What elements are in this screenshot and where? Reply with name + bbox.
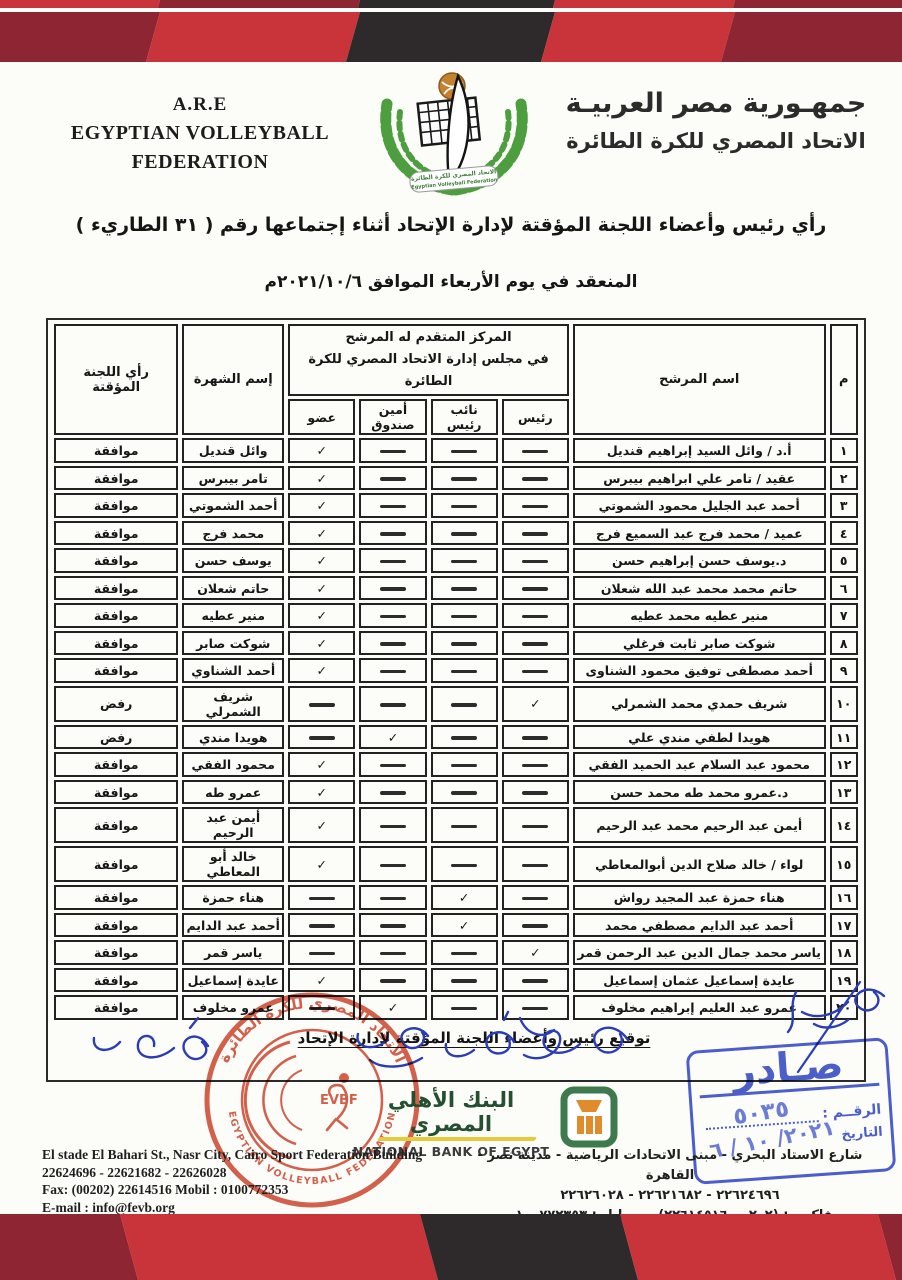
header-committee-opinion: رأي اللجنة المؤقتة xyxy=(54,324,178,435)
cell-position-dash xyxy=(502,752,569,777)
cell-number: ٣ xyxy=(830,493,859,518)
cell-committee-opinion: موافقة xyxy=(54,780,178,805)
document-date-line: المنعقد في يوم الأربعاء الموافق ٢٠٢١/١٠/… xyxy=(0,272,902,292)
banner-bottom-darkred-left xyxy=(0,1214,138,1280)
cell-number: ٥ xyxy=(830,548,859,573)
cell-position-check: ✓ xyxy=(288,576,355,601)
cell-position-dash xyxy=(359,940,426,965)
cell-position-dash xyxy=(359,752,426,777)
cell-position-check: ✓ xyxy=(359,725,426,750)
dash-mark xyxy=(380,703,406,707)
dash-mark xyxy=(522,615,548,619)
cell-candidate-name: أحمد عبد الدايم مصطفي محمد xyxy=(573,913,826,938)
issued-word: صـادر xyxy=(697,1041,880,1098)
cell-position-dash xyxy=(502,548,569,573)
bank-icon xyxy=(560,1086,618,1148)
cell-position-dash xyxy=(359,493,426,518)
cell-candidate-name: منير عطيه محمد عطيه xyxy=(573,603,826,628)
table-row: ١٦هناء حمزة عبد المجيد رواش✓هناء حمزةموا… xyxy=(54,885,858,910)
dash-mark xyxy=(451,703,477,707)
cell-position-check: ✓ xyxy=(502,686,569,722)
dash-mark xyxy=(451,764,477,768)
cell-number: ١٩ xyxy=(830,968,859,993)
header-position-line2: في مجلس إدارة الاتحاد المصري للكرة الطائ… xyxy=(292,349,565,393)
cell-committee-opinion: موافقة xyxy=(54,940,178,965)
dash-mark xyxy=(451,791,477,795)
cell-position-check: ✓ xyxy=(288,780,355,805)
scanned-document-page: A.R.E EGYPTIAN VOLLEYBALL FEDERATION الا… xyxy=(0,0,902,1280)
cell-known-name: أيمن عبد الرحيم xyxy=(182,807,284,843)
cell-candidate-name: عميد / محمد فرج عبد السميع فرج xyxy=(573,521,826,546)
cell-committee-opinion: موافقة xyxy=(54,968,178,993)
cell-position-dash xyxy=(288,940,355,965)
bank-icon-bar3 xyxy=(595,1116,602,1134)
cell-committee-opinion: موافقة xyxy=(54,631,178,656)
dash-mark xyxy=(380,505,406,509)
cell-position-check: ✓ xyxy=(502,940,569,965)
flag-strip-top xyxy=(0,0,902,8)
cell-candidate-name: شوكت صابر ثابت فرغلي xyxy=(573,631,826,656)
cell-position-dash xyxy=(288,913,355,938)
table-row: ١أ.د / وائل السيد إبراهيم قنديل✓وائل قند… xyxy=(54,438,858,463)
cell-position-dash xyxy=(502,466,569,491)
table-row: ٥د.يوسف حسن إبراهيم حسن✓يوسف حسنموافقة xyxy=(54,548,858,573)
cell-number: ١٦ xyxy=(830,885,859,910)
dash-mark xyxy=(380,764,406,768)
cell-number: ٦ xyxy=(830,576,859,601)
dash-mark xyxy=(522,864,548,868)
table-header: م اسم المرشح المركز المتقدم له المرشح في… xyxy=(54,324,858,435)
address-en-line2: 22624696 - 22621682 - 22626028 xyxy=(42,1164,472,1182)
dash-mark xyxy=(522,670,548,674)
cell-position-dash xyxy=(359,885,426,910)
cell-known-name: محمد فرج xyxy=(182,521,284,546)
dash-mark xyxy=(522,477,548,481)
cell-committee-opinion: موافقة xyxy=(54,885,178,910)
cell-position-check: ✓ xyxy=(288,846,355,882)
cell-number: ١٠ xyxy=(830,686,859,722)
dash-mark xyxy=(451,560,477,564)
dash-mark xyxy=(451,642,477,646)
cell-committee-opinion: موافقة xyxy=(54,807,178,843)
strip-red-left xyxy=(0,0,160,8)
banner-red-left xyxy=(146,12,360,62)
dash-mark xyxy=(522,979,548,983)
dash-mark xyxy=(380,670,406,674)
cell-committee-opinion: موافقة xyxy=(54,846,178,882)
cell-position-dash xyxy=(359,686,426,722)
dash-mark xyxy=(522,791,548,795)
letterhead-english: A.R.E EGYPTIAN VOLLEYBALL FEDERATION xyxy=(52,94,348,174)
header-known-name: إسم الشهرة xyxy=(182,324,284,435)
banner-bottom-red-right xyxy=(620,1214,896,1280)
cell-position-dash xyxy=(431,940,498,965)
cell-position-check: ✓ xyxy=(288,521,355,546)
address-en-line1: El stade El Bahari St., Nasr City, Cairo… xyxy=(42,1146,472,1164)
cell-position-dash xyxy=(359,631,426,656)
cell-known-name: أحمد عبد الدايم xyxy=(182,913,284,938)
cell-candidate-name: عمرو عبد العليم إبراهيم مخلوف xyxy=(573,995,826,1020)
cell-number: ٢٠ xyxy=(830,995,859,1020)
cell-candidate-name: أ.د / وائل السيد إبراهيم قنديل xyxy=(573,438,826,463)
cell-position-dash xyxy=(431,603,498,628)
dash-mark xyxy=(522,825,548,829)
cell-candidate-name: أحمد مصطفى توفيق محمود الشناوى xyxy=(573,658,826,683)
cell-position-dash xyxy=(502,438,569,463)
cell-number: ١٥ xyxy=(830,846,859,882)
banner-bottom-red-left xyxy=(120,1214,438,1280)
cell-number: ٧ xyxy=(830,603,859,628)
cell-position-check: ✓ xyxy=(288,548,355,573)
cell-position-dash xyxy=(502,807,569,843)
header-position-merged: المركز المتقدم له المرشح في مجلس إدارة ا… xyxy=(288,324,569,396)
cell-number: ١ xyxy=(830,438,859,463)
table-row: ١٠شريف حمدي محمد الشمرلي✓شريف الشمرليرفض xyxy=(54,686,858,722)
dash-mark xyxy=(522,642,548,646)
cell-position-dash xyxy=(431,725,498,750)
cell-position-check: ✓ xyxy=(288,631,355,656)
dash-mark xyxy=(522,736,548,740)
cell-number: ٤ xyxy=(830,521,859,546)
strip-darkred-right xyxy=(733,0,902,8)
dash-mark xyxy=(522,897,548,901)
table-row: ٦حاتم محمد محمد عبد الله شعلان✓حاتم شعلا… xyxy=(54,576,858,601)
dash-mark xyxy=(451,864,477,868)
cell-committee-opinion: رفض xyxy=(54,686,178,722)
stamp-arc-1 xyxy=(245,1042,290,1158)
cell-candidate-name: حاتم محمد محمد عبد الله شعلان xyxy=(573,576,826,601)
cell-candidate-name: شريف حمدي محمد الشمرلي xyxy=(573,686,826,722)
cell-committee-opinion: موافقة xyxy=(54,521,178,546)
dash-mark xyxy=(309,736,335,740)
bank-name-arabic: البنك الأهلي المصري xyxy=(348,1088,554,1136)
dash-mark xyxy=(380,791,406,795)
dash-mark xyxy=(380,615,406,619)
cell-position-dash xyxy=(359,846,426,882)
cell-candidate-name: أحمد عبد الجليل محمود الشموتي xyxy=(573,493,826,518)
cell-number: ٨ xyxy=(830,631,859,656)
document-title: رأي رئيس وأعضاء اللجنة المؤقتة لإدارة ال… xyxy=(0,214,902,236)
cell-position-dash xyxy=(359,807,426,843)
dash-mark xyxy=(451,477,477,481)
cell-candidate-name: عقيد / تامر علي ابراهيم بيبرس xyxy=(573,466,826,491)
banner-bottom-black-center xyxy=(420,1214,638,1280)
letterhead-en-line3: FEDERATION xyxy=(52,151,348,174)
cell-candidate-name: ياسر محمد جمال الدين عبد الرحمن قمر xyxy=(573,940,826,965)
dash-mark xyxy=(451,825,477,829)
cell-committee-opinion: موافقة xyxy=(54,493,178,518)
banner-black-center xyxy=(346,12,555,62)
cell-position-dash xyxy=(359,548,426,573)
cell-position-dash xyxy=(431,995,498,1020)
table-row: ١٥لواء / خالد صلاح الدين أبوالمعاطي✓خالد… xyxy=(54,846,858,882)
table-row: ١٢محمود عبد السلام عبد الحميد الفقي✓محمو… xyxy=(54,752,858,777)
header-position-line1: المركز المتقدم له المرشح xyxy=(292,327,565,349)
header-candidate-name: اسم المرشح xyxy=(573,324,826,435)
dash-mark xyxy=(380,587,406,591)
dash-mark xyxy=(380,924,406,928)
cell-position-dash xyxy=(502,968,569,993)
dash-mark xyxy=(522,1007,548,1011)
address-ar-line1: شارع الاستاد البحري - مبنى الاتحادات الر… xyxy=(452,1146,888,1186)
cell-position-dash xyxy=(359,603,426,628)
dash-mark xyxy=(380,864,406,868)
letterhead-en-line1: A.R.E xyxy=(52,94,348,116)
table-body: ١أ.د / وائل السيد إبراهيم قنديل✓وائل قند… xyxy=(54,438,858,1020)
cell-committee-opinion: موافقة xyxy=(54,603,178,628)
cell-position-dash xyxy=(431,466,498,491)
cell-candidate-name: هناء حمزة عبد المجيد رواش xyxy=(573,885,826,910)
table-row: ٢عقيد / تامر علي ابراهيم بيبرس✓تامر بيبر… xyxy=(54,466,858,491)
header-position-vice-president: نائب رئيس xyxy=(431,399,498,435)
cell-known-name: وائل قنديل xyxy=(182,438,284,463)
cell-position-dash xyxy=(502,846,569,882)
cell-candidate-name: د.عمرو محمد طه محمد حسن xyxy=(573,780,826,805)
bank-icon-bar2 xyxy=(586,1116,593,1134)
flag-banner-top xyxy=(0,12,902,62)
dash-mark xyxy=(380,952,406,956)
cell-known-name: أحمد الشناوي xyxy=(182,658,284,683)
cell-position-dash xyxy=(502,725,569,750)
cell-number: ١٤ xyxy=(830,807,859,843)
cell-position-check: ✓ xyxy=(288,493,355,518)
stamp-arc-3 xyxy=(281,1070,302,1130)
dash-mark xyxy=(522,505,548,509)
cell-position-dash xyxy=(431,846,498,882)
cell-committee-opinion: موافقة xyxy=(54,548,178,573)
dash-mark xyxy=(451,1007,477,1011)
dash-mark xyxy=(451,587,477,591)
cell-position-dash xyxy=(431,631,498,656)
cell-known-name: هويدا مندي xyxy=(182,725,284,750)
dash-mark xyxy=(380,979,406,983)
cell-known-name: هناء حمزة xyxy=(182,885,284,910)
cell-position-dash xyxy=(502,603,569,628)
bank-yellow-swoosh xyxy=(377,1137,537,1141)
dash-mark xyxy=(451,615,477,619)
cell-position-dash xyxy=(359,438,426,463)
dash-mark xyxy=(309,703,335,707)
cell-position-dash xyxy=(431,521,498,546)
cell-candidate-name: هويدا لطفي مندي علي xyxy=(573,725,826,750)
table-row: ١٩عايدة إسماعيل عثمان إسماعيل✓عايدة إسما… xyxy=(54,968,858,993)
dash-mark xyxy=(309,952,335,956)
cell-position-dash xyxy=(431,968,498,993)
cell-known-name: أحمد الشموتي xyxy=(182,493,284,518)
dash-mark xyxy=(380,897,406,901)
cell-number: ١٣ xyxy=(830,780,859,805)
cell-position-dash xyxy=(431,752,498,777)
cell-number: ١٢ xyxy=(830,752,859,777)
cell-position-dash xyxy=(431,658,498,683)
cell-number: ١٧ xyxy=(830,913,859,938)
dash-mark xyxy=(380,532,406,536)
dash-mark xyxy=(309,897,335,901)
header-position-president: رئيس xyxy=(502,399,569,435)
flag-banner-bottom xyxy=(0,1214,902,1280)
federation-logo: الاتحاد المصري للكرة الطائرة Egyptian Vo… xyxy=(364,58,544,204)
cell-position-check: ✓ xyxy=(431,913,498,938)
cell-committee-opinion: موافقة xyxy=(54,658,178,683)
cell-position-check: ✓ xyxy=(288,438,355,463)
dash-mark xyxy=(522,587,548,591)
dash-mark xyxy=(380,825,406,829)
cell-position-check: ✓ xyxy=(288,752,355,777)
dash-mark xyxy=(451,670,477,674)
letterhead-ar-line2: الاتحاد المصري للكرة الطائرة xyxy=(540,129,892,153)
letterhead-arabic: جمهـورية مصر العربيـة الاتحاد المصري للك… xyxy=(540,88,892,153)
dash-mark xyxy=(451,450,477,454)
cell-position-dash xyxy=(502,885,569,910)
cell-position-dash xyxy=(502,493,569,518)
bank-icon-bar1 xyxy=(577,1116,584,1134)
cell-position-check: ✓ xyxy=(431,885,498,910)
dash-mark xyxy=(380,642,406,646)
cell-committee-opinion: موافقة xyxy=(54,438,178,463)
cell-position-dash xyxy=(359,576,426,601)
cell-known-name: يوسف حسن xyxy=(182,548,284,573)
table-row: ٨شوكت صابر ثابت فرغلي✓شوكت صابرموافقة xyxy=(54,631,858,656)
strip-darkred-left xyxy=(158,0,360,8)
cell-number: ٩ xyxy=(830,658,859,683)
dash-mark xyxy=(451,532,477,536)
strip-red-right xyxy=(553,0,735,8)
cell-position-dash xyxy=(502,780,569,805)
dash-mark xyxy=(451,979,477,983)
header-number: م xyxy=(830,324,859,435)
dash-mark xyxy=(522,532,548,536)
cell-position-dash xyxy=(502,576,569,601)
cell-position-dash xyxy=(502,631,569,656)
cell-known-name: محمود الفقي xyxy=(182,752,284,777)
address-english-block: El stade El Bahari St., Nasr City, Cairo… xyxy=(42,1146,472,1216)
table-row: ٤عميد / محمد فرج عبد السميع فرج✓محمد فرج… xyxy=(54,521,858,546)
header-position-treasurer: أمين صندوق xyxy=(359,399,426,435)
main-frame: م اسم المرشح المركز المتقدم له المرشح في… xyxy=(46,318,866,1082)
dash-mark xyxy=(380,450,406,454)
table-row: ١١هويدا لطفي مندي علي✓هويدا منديرفض xyxy=(54,725,858,750)
cell-position-dash xyxy=(288,686,355,722)
dash-mark xyxy=(451,736,477,740)
cell-position-dash xyxy=(502,521,569,546)
cell-position-dash xyxy=(431,438,498,463)
cell-known-name: شوكت صابر xyxy=(182,631,284,656)
cell-position-dash xyxy=(431,807,498,843)
cell-candidate-name: محمود عبد السلام عبد الحميد الفقي xyxy=(573,752,826,777)
cell-known-name: عمرو طه xyxy=(182,780,284,805)
cell-committee-opinion: موافقة xyxy=(54,752,178,777)
table-row: ٢٠عمرو عبد العليم إبراهيم مخلوف✓عمرو مخل… xyxy=(54,995,858,1020)
dash-mark xyxy=(522,450,548,454)
cell-candidate-name: عايدة إسماعيل عثمان إسماعيل xyxy=(573,968,826,993)
cell-position-check: ✓ xyxy=(288,658,355,683)
banner-red-right xyxy=(541,12,735,62)
address-en-line3: Fax: (00202) 22614516 Mobil : 0100772353 xyxy=(42,1181,472,1199)
cell-position-dash xyxy=(431,493,498,518)
cell-position-check: ✓ xyxy=(288,807,355,843)
cell-committee-opinion: موافقة xyxy=(54,913,178,938)
table-row: ١٣د.عمرو محمد طه محمد حسن✓عمرو طهموافقة xyxy=(54,780,858,805)
cell-candidate-name: لواء / خالد صلاح الدين أبوالمعاطي xyxy=(573,846,826,882)
dash-mark xyxy=(522,764,548,768)
dash-mark xyxy=(380,560,406,564)
banner-darkred-left xyxy=(0,12,160,62)
candidates-table: م اسم المرشح المركز المتقدم له المرشح في… xyxy=(50,321,862,1023)
cell-position-dash xyxy=(431,548,498,573)
cell-committee-opinion: موافقة xyxy=(54,466,178,491)
dash-mark xyxy=(522,560,548,564)
cell-position-dash xyxy=(359,780,426,805)
stamp-player-head xyxy=(339,1073,349,1083)
cell-position-dash xyxy=(288,725,355,750)
cell-position-dash xyxy=(359,521,426,546)
strip-black-center xyxy=(358,0,555,8)
table-row: ١٨ياسر محمد جمال الدين عبد الرحمن قمر✓يا… xyxy=(54,940,858,965)
banner-darkred-right xyxy=(721,12,902,62)
cell-known-name: شريف الشمرلي xyxy=(182,686,284,722)
table-row: ٧منير عطيه محمد عطيه✓منير عطيهموافقة xyxy=(54,603,858,628)
cell-position-dash xyxy=(431,780,498,805)
cell-position-dash xyxy=(288,885,355,910)
cell-number: ١٨ xyxy=(830,940,859,965)
letterhead-ar-line1: جمهـورية مصر العربيـة xyxy=(540,88,892,119)
cell-committee-opinion: موافقة xyxy=(54,995,178,1020)
address-ar-line2: ٢٢٦٢٤٦٩٦ - ٢٢٦٢١٦٨٢ - ٢٢٦٢٦٠٢٨ xyxy=(452,1186,888,1206)
cell-position-dash xyxy=(359,658,426,683)
dash-mark xyxy=(451,505,477,509)
cell-known-name: خالد أبو المعاطي xyxy=(182,846,284,882)
cell-position-dash xyxy=(502,913,569,938)
table-row: ١٤أيمن عبد الرحيم محمد عبد الرحيم✓أيمن ع… xyxy=(54,807,858,843)
cell-known-name: منير عطيه xyxy=(182,603,284,628)
table-row: ١٧أحمد عبد الدايم مصطفي محمد✓أحمد عبد ال… xyxy=(54,913,858,938)
issued-date-label: التاريخ xyxy=(841,1124,883,1142)
letterhead-en-line2: EGYPTIAN VOLLEYBALL xyxy=(52,122,348,145)
cell-number: ١١ xyxy=(830,725,859,750)
cell-committee-opinion: رفض xyxy=(54,725,178,750)
cell-position-dash xyxy=(502,995,569,1020)
cell-known-name: ياسر قمر xyxy=(182,940,284,965)
cell-candidate-name: د.يوسف حسن إبراهيم حسن xyxy=(573,548,826,573)
cell-position-check: ✓ xyxy=(288,466,355,491)
dash-mark xyxy=(309,924,335,928)
table-row: ٩أحمد مصطفى توفيق محمود الشناوى✓أحمد الش… xyxy=(54,658,858,683)
stamp-arc-2 xyxy=(263,1056,296,1144)
header-position-member: عضو xyxy=(288,399,355,435)
cell-known-name: تامر بيبرس xyxy=(182,466,284,491)
cell-number: ٢ xyxy=(830,466,859,491)
dash-mark xyxy=(451,952,477,956)
cell-committee-opinion: موافقة xyxy=(54,576,178,601)
cell-candidate-name: أيمن عبد الرحيم محمد عبد الرحيم xyxy=(573,807,826,843)
dash-mark xyxy=(380,477,406,481)
table-row: ٣أحمد عبد الجليل محمود الشموتي✓أحمد الشم… xyxy=(54,493,858,518)
cell-known-name: حاتم شعلان xyxy=(182,576,284,601)
cell-position-dash xyxy=(359,913,426,938)
dash-mark xyxy=(522,924,548,928)
cell-position-check: ✓ xyxy=(288,603,355,628)
cell-position-dash xyxy=(359,466,426,491)
cell-position-dash xyxy=(431,576,498,601)
cell-position-dash xyxy=(502,658,569,683)
cell-position-dash xyxy=(431,686,498,722)
